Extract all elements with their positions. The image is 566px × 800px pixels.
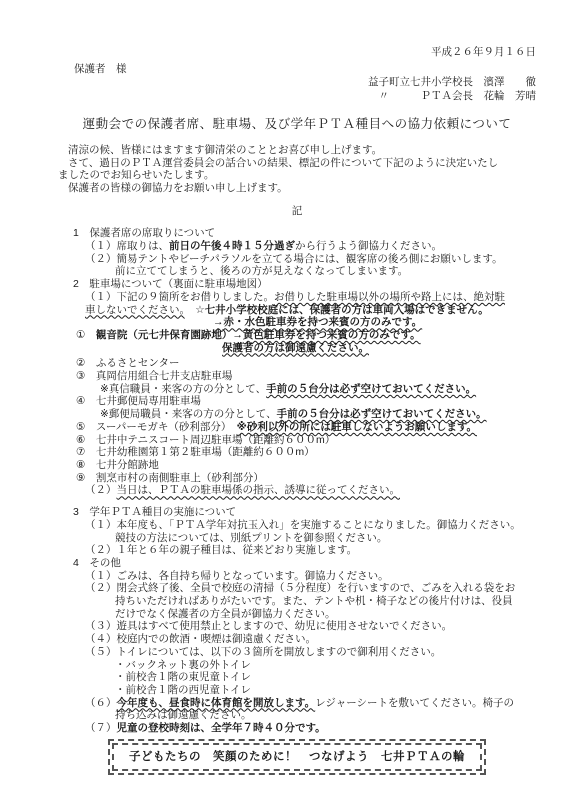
doc-text: ② ふるさとセンター: [76, 357, 180, 369]
sender-pta-president: 〃 ＰＴＡ会長 花輪 芳晴: [58, 90, 536, 103]
doc-line: （２）当日は、ＰＴＡの駐車場係の指示、誘導に従ってください。: [58, 484, 536, 497]
doc-text: ⑦ 七井幼稚園第１第２駐車場（距離約６００m）: [76, 446, 315, 458]
doc-text: お借りした駐車場以外の場所や路上には、絶対駐: [274, 291, 505, 303]
doc-line: 保護者の皆様の御協力をお願い申し上げます。: [58, 182, 536, 195]
doc-text-emphasis: 児童の登校時刻は、全学年７時４０分です。: [117, 722, 326, 734]
doc-line: ・前校舎１階の東児童トイレ: [58, 671, 536, 684]
doc-line: （６）今年度も、昼食時に体育館を開放します。レジャーシートを敷いてください。椅子…: [58, 697, 536, 710]
doc-text: 保護者の皆様の御協力をお願い申し上げます。: [68, 182, 288, 194]
document-date: 平成２６年９月１６日: [58, 46, 536, 59]
doc-line: （１）下記の９箇所をお借りしました。お借りした駐車場以外の場所や路上には、絶対駐: [58, 291, 536, 304]
doc-text: （７）: [85, 722, 117, 734]
doc-line: ・バックネット裏の外トイレ: [58, 659, 536, 672]
doc-text: （２）簡易テントやビーチパラソルを立てる場合には、観客席の後ろ側にお願いします。: [85, 253, 503, 265]
doc-text: ※真信職員・来客の方の分として、: [100, 383, 266, 395]
doc-text: ①: [76, 329, 96, 341]
doc-text-emphasis: ※砂利以外の所には駐車しないようお願いします。: [237, 421, 477, 433]
doc-text: から行うよう御協力ください。: [295, 240, 442, 252]
doc-line: 車しないでください。 ☆七井小学校校庭には、保護者の方は車両入場はできません。: [58, 304, 536, 317]
doc-text: 記: [292, 205, 303, 217]
doc-text: 3 学年ＰＴＡ種目の実施について: [73, 506, 236, 518]
doc-text-emphasis: →赤・水色駐車券を持つ来賓の方のみです。: [213, 316, 422, 328]
document-page: 平成２６年９月１６日 保護者 様 益子町立七井小学校長 濱澤 徹 〃 ＰＴＡ会長…: [0, 0, 566, 800]
doc-text: レジャーシートを敷いてください。椅子の: [315, 697, 514, 709]
doc-text: ※郵便局職員・来客の方の分として、: [100, 408, 277, 420]
doc-text-emphasis: 手前の５台分は必ず空けておいてください。: [277, 408, 487, 420]
doc-text: ⑧ 七井分館跡地: [76, 459, 159, 471]
doc-text: 4 その他: [73, 557, 121, 569]
doc-text-emphasis: 保護者の方は御遠慮ください。: [222, 342, 369, 354]
doc-text: （６）: [85, 697, 117, 709]
doc-line: 保護者の方は御遠慮ください。: [58, 342, 536, 355]
doc-line: 4 その他: [58, 557, 536, 570]
doc-line: さて、過日のＰＴＡ運営委員会の話合いの結果、標記の件について下記のように決定いた…: [58, 157, 536, 170]
doc-text: ・前校舎１階の東児童トイレ: [115, 671, 251, 683]
doc-text: 清涼の候、皆様にはますます御清栄のこととお喜び申し上げます。: [68, 144, 382, 156]
doc-text-emphasis: 前日の午後４時１５分過ぎ: [169, 240, 295, 252]
doc-line: （１）席取りは、前日の午後４時１５分過ぎから行うよう御協力ください。: [58, 240, 536, 253]
doc-line: ましたのでお知らせいたします。: [58, 169, 536, 182]
doc-line: ⑥ 七井中テニスコート周辺駐車場（距離約６００m）: [58, 434, 536, 447]
doc-text: さて、過日のＰＴＡ運営委員会の話合いの結果、標記の件について下記のように決定いた…: [68, 157, 498, 169]
doc-line: ② ふるさとセンター: [58, 357, 536, 370]
doc-line: ③ 真岡信用組合七井支店駐車場: [58, 370, 536, 383]
doc-line: ※郵便局職員・来客の方の分として、手前の５台分は必ず空けておいてください。: [58, 408, 536, 421]
doc-text: ⑨ 割烹市村の南側駐車上（砂利部分）: [76, 472, 264, 484]
doc-line: （１）ごみは、各自持ち帰りとなっています。御協力ください。: [58, 570, 536, 583]
doc-line: （４）校庭内での飲酒・喫煙は御遠慮ください。: [58, 633, 536, 646]
doc-text: 当日は、ＰＴＡの駐車場係の指示、誘導に従ってください。: [117, 484, 401, 496]
doc-line: ⑨ 割烹市村の南側駐車上（砂利部分）: [58, 472, 536, 485]
doc-text: 競技の方法については、別紙プリントを御参照ください。: [115, 532, 387, 544]
doc-line: （７）児童の登校時刻は、全学年７時４０分です。: [58, 722, 536, 735]
slogan-box: 子どもたちの 笑顔のために！ つなげよう 七井ＰＴＡの輪: [112, 743, 482, 772]
doc-text: （１）本年度も、「ＰＴＡ学年対抗玉入れ」を実施することになりました。御協力くださ…: [85, 519, 521, 531]
document-body: 清涼の候、皆様にはますます御清栄のこととお喜び申し上げます。さて、過日のＰＴＡ運…: [58, 144, 536, 735]
doc-line: （２）簡易テントやビーチパラソルを立てる場合には、観客席の後ろ側にお願いします。: [58, 253, 536, 266]
doc-text: （４）校庭内での飲酒・喫煙は御遠慮ください。: [85, 633, 316, 645]
doc-text: 前に立ててしまうと、後ろの方が見えなくなってしまいます。: [115, 265, 408, 277]
doc-line: →赤・水色駐車券を持つ来賓の方のみです。: [58, 316, 536, 329]
doc-line: （２）閉会式終了後、全員で校庭の清掃（５分程度）を行いますので、ごみを入れる袋を…: [58, 582, 536, 595]
doc-text: 持ち込みは御遠慮ください。: [115, 709, 252, 721]
doc-text: ④ 七井郵便局専用駐車場: [76, 395, 201, 407]
doc-line: 1 保護者席の席取りについて: [58, 227, 536, 240]
doc-line: 前に立ててしまうと、後ろの方が見えなくなってしまいます。: [58, 265, 536, 278]
doc-text: ③ 真岡信用組合七井支店駐車場: [76, 370, 232, 382]
doc-line: 持ちいただければありがたいです。また、テントや机・椅子などの後片付けは、役員: [58, 595, 536, 608]
doc-text-emphasis: 黄色駐車券を持つ来賓の方のみです。: [243, 329, 421, 341]
doc-text: （５）トイレについては、以下の３箇所を開放しますので御利用ください。: [85, 646, 441, 658]
doc-text: （３）遊具はすべて使用禁止としますので、幼児に使用させないでください。: [85, 620, 452, 632]
doc-line: 競技の方法については、別紙プリントを御参照ください。: [58, 532, 536, 545]
doc-line: 清涼の候、皆様にはますます御清栄のこととお喜び申し上げます。: [58, 144, 536, 157]
doc-line: ④ 七井郵便局専用駐車場: [58, 395, 536, 408]
doc-line: （１）本年度も、「ＰＴＡ学年対抗玉入れ」を実施することになりました。御協力くださ…: [58, 519, 536, 532]
doc-text: 持ちいただければありがたいです。また、テントや机・椅子などの後片付けは、役員: [115, 595, 513, 607]
slogan-wrap: 子どもたちの 笑顔のために！ つなげよう 七井ＰＴＡの輪: [58, 743, 536, 772]
doc-text: ⑥ 七井中テニスコート周辺駐車場（距離約６００m）: [76, 434, 335, 446]
doc-text: （２）１年と６年の親子種目は、従来どおり実施します。: [85, 544, 357, 556]
doc-text: ましたのでお知らせいたします。: [58, 169, 214, 181]
doc-line: （２）１年と６年の親子種目は、従来どおり実施します。: [58, 544, 536, 557]
doc-line: ・前校舎１階の西児童トイレ: [58, 684, 536, 697]
sender-principal: 益子町立七井小学校長 濱澤 徹: [58, 76, 536, 89]
doc-line: 3 学年ＰＴＡ種目の実施について: [58, 506, 536, 519]
doc-text: 車しないでください。: [85, 304, 185, 316]
doc-text: 2 駐車場について（裏面に駐車場地図）: [73, 278, 268, 290]
doc-text: （２）閉会式終了後、全員で校庭の清掃（５分程度）を行いますので、ごみを入れる袋を…: [85, 582, 515, 594]
doc-line: ⑧ 七井分館跡地: [58, 459, 536, 472]
doc-text: だけでなく保護者の方全員が御協力ください。: [115, 608, 336, 620]
doc-text: （１）下記の９箇所をお借りしました。: [85, 291, 274, 303]
doc-text-emphasis: 今年度も、昼食時に体育館を開放します。: [117, 697, 316, 709]
doc-text: 1 保護者席の席取りについて: [73, 227, 215, 239]
doc-text: ⑤ スーパーモガキ（砂利部分）: [76, 421, 237, 433]
doc-line: （５）トイレについては、以下の３箇所を開放しますので御利用ください。: [58, 646, 536, 659]
doc-line: だけでなく保護者の方全員が御協力ください。: [58, 608, 536, 621]
document-title: 運動会での保護者席、駐車場、及び学年ＰＴＡ種目への協力依頼について: [58, 116, 536, 132]
doc-line: （３）遊具はすべて使用禁止としますので、幼児に使用させないでください。: [58, 620, 536, 633]
doc-text-emphasis: ☆七井小学校校庭には、保護者の方は車両入場はできません。: [195, 304, 489, 316]
doc-text: ・前校舎１階の西児童トイレ: [115, 684, 251, 696]
doc-text: （１）ごみは、各自持ち帰りとなっています。御協力ください。: [85, 570, 389, 582]
doc-text: （１）席取りは、: [85, 240, 169, 252]
doc-line: 持ち込みは御遠慮ください。: [58, 709, 536, 722]
doc-text-emphasis: →: [232, 329, 243, 341]
doc-line: ⑤ スーパーモガキ（砂利部分） ※砂利以外の所には駐車しないようお願いします。: [58, 421, 536, 434]
doc-line: 記: [58, 205, 536, 218]
addressee: 保護者 様: [58, 63, 536, 76]
doc-text: ・バックネット裏の外トイレ: [115, 659, 251, 671]
doc-line: 2 駐車場について（裏面に駐車場地図）: [58, 278, 536, 291]
doc-text-emphasis: 手前の５台分は必ず空けておいてください。: [266, 383, 476, 395]
doc-text: [185, 304, 196, 316]
doc-line: ① 観音院（元七井保育園跡地）→黄色駐車券を持つ来賓の方のみです。: [58, 329, 536, 342]
doc-line: ⑦ 七井幼稚園第１第２駐車場（距離約６００m）: [58, 446, 536, 459]
doc-text: （２）: [85, 484, 117, 496]
doc-text-emphasis: 観音院（元七井保育園跡地）: [96, 329, 233, 341]
doc-line: ※真信職員・来客の方の分として、手前の５台分は必ず空けておいてください。: [58, 383, 536, 396]
